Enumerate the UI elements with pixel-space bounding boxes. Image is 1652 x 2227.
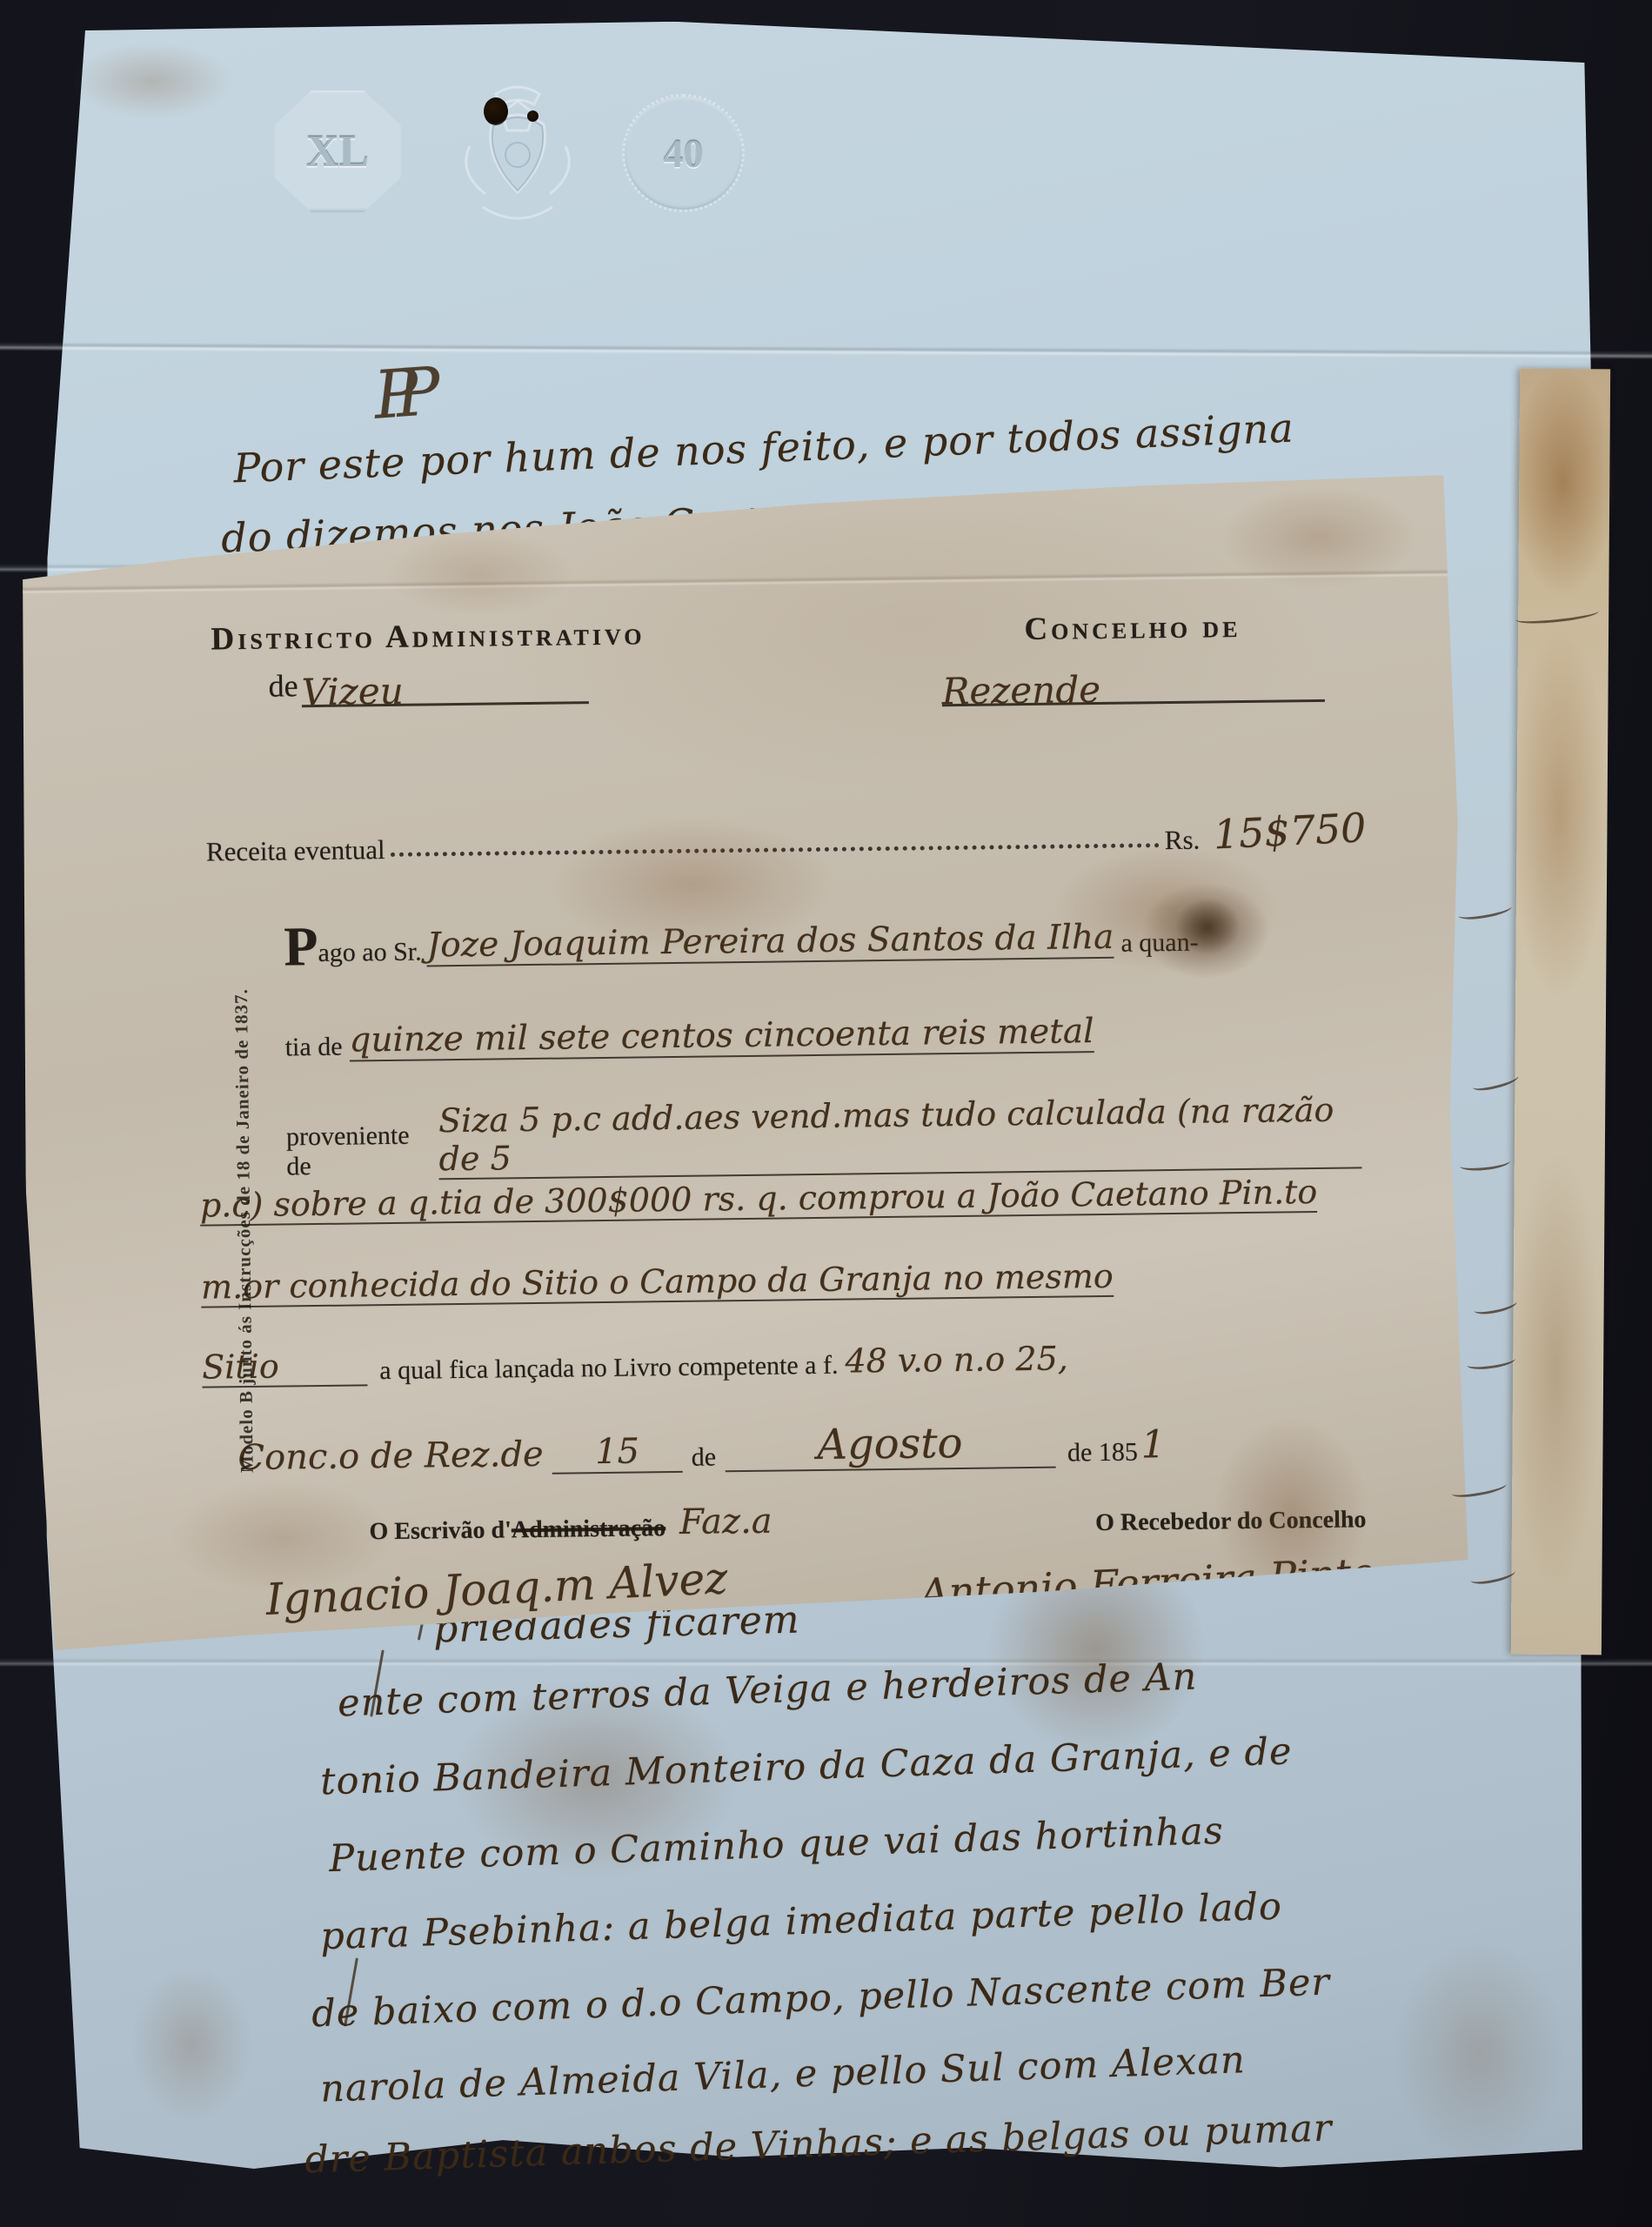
receita-label: Receita eventual [206,834,385,868]
pago-label: ago ao Sr. [318,938,422,968]
escrivao-struck-word: Administração [512,1515,666,1544]
district-de-label: de [268,668,298,703]
embossed-revenue-stamp: XL 40 [257,75,761,236]
proveniente-label: proveniente de [286,1120,432,1181]
embossed-coat-of-arms-icon [444,77,592,233]
payee-handwritten: Joze Joaquim Pereira dos Santos da Ilha [426,918,1114,966]
sitio-row: Sitio a qual fica lançada no Livro compe… [202,1334,1338,1388]
date-year-digit-handwritten: 1 [1140,1422,1166,1467]
receipt-fold-crease [18,569,1459,594]
ink-blot [527,110,538,122]
provenance-line3-handwritten: m.or conhecida do Sitio o Campo da Granj… [201,1257,1114,1307]
pago-initial: P [284,924,318,969]
ink-blot [484,97,508,125]
currency-label: Rs. [1165,825,1201,856]
photo-of-historical-document: XL 40 PP [0,0,1652,2227]
receita-row: Receita eventual Rs. 15$750 [206,806,1368,867]
fold-crease [0,1658,1652,1667]
ink-monogram: PP [371,353,420,433]
provenance-row-3: m.or conhecida do Sitio o Campo da Granj… [201,1256,1198,1308]
embossed-octagon: XL [272,90,403,212]
roles-row: O Escrivão d' Administração Faz.a O Rece… [369,1494,1392,1546]
district-value-handwritten: Vizeu [301,670,404,713]
receipt-header: Districto Administrativo de Vizeu Concel… [19,605,1460,623]
concelho-title: Concelho de [889,606,1376,650]
stain [383,529,575,619]
amount-words-handwritten: quinze mil sete centos cincoenta reis me… [349,1012,1094,1060]
stamp-value-40: 40 [664,130,704,177]
date-place-handwritten: Conc.o de Rez.de [237,1435,544,1478]
tia-row: tia de quinze mil sete centos cincoenta … [284,1009,1334,1063]
quan-hyphen-label: a quan- [1120,928,1199,959]
date-de-label: de [692,1442,717,1472]
fazenda-handwritten: Faz.a [679,1501,772,1542]
district-block: Districto Administrativo de Vizeu [167,615,690,709]
dotted-leader [391,842,1160,857]
proveniente-row: proveniente de Siza 5 p.c add.aes vend.m… [286,1090,1362,1181]
lancada-label: a qual fica lançada no Livro competente … [379,1351,839,1386]
folio-handwritten: 48 v.o n.o 25, [845,1339,1068,1380]
amount-handwritten: 15$750 [1213,804,1368,858]
stain [1508,1152,1602,1588]
concelho-block: Concelho de Rezende [889,606,1377,707]
recebedor-label: O Recebedor do Concelho [1095,1506,1367,1537]
date-day-handwritten: 15 [595,1432,639,1473]
provenance-line1-handwritten: Siza 5 p.c add.aes vend.mas tudo calcula… [438,1091,1334,1179]
printed-receipt-form: Districto Administrativo de Vizeu Concel… [17,475,1472,1653]
underlying-page-edge [1511,369,1610,1655]
stamp-value-xl: XL [306,126,369,177]
date-row: Conc.o de Rez.de 15 de Agosto de 185 1 [237,1415,1244,1478]
district-title: Districto Administrativo [167,615,689,659]
pago-row: P ago ao Sr. Joze Joaquim Pereira dos Sa… [284,913,1255,969]
stain [1509,369,1615,596]
embossed-wreath: 40 [622,94,745,212]
tia-label: tia de [285,1033,343,1063]
escrivao-label: O Escrivão d' [369,1516,512,1546]
date-de185-label: de 185 [1067,1438,1138,1468]
stain [1510,630,1609,996]
concelho-value-handwritten: Rezende [941,668,1100,712]
date-month-handwritten: Agosto [817,1419,963,1469]
